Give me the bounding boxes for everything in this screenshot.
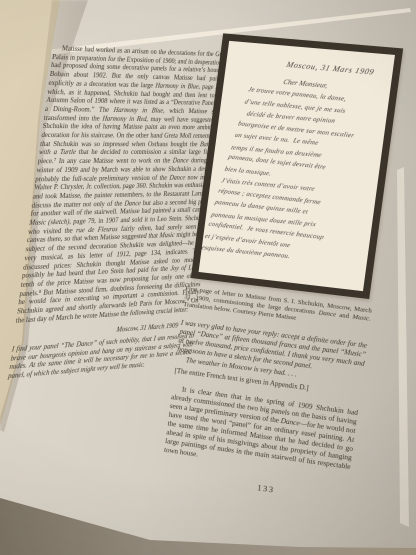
handwriting-lines: Je trouve votre panneau, la danse,d’une … <box>200 85 394 269</box>
handwriting-dateline: Moscou, 31 Mars 1909 <box>285 60 402 79</box>
letter-handwriting: Moscou, 31 Mars 1909 Cher Monsieur, Je t… <box>184 42 412 270</box>
letter-facsimile: Moscou, 31 Mars 1909 Cher Monsieur, Je t… <box>191 33 403 299</box>
closing-paragraph: It is clear then that in the spring of 1… <box>163 384 358 481</box>
